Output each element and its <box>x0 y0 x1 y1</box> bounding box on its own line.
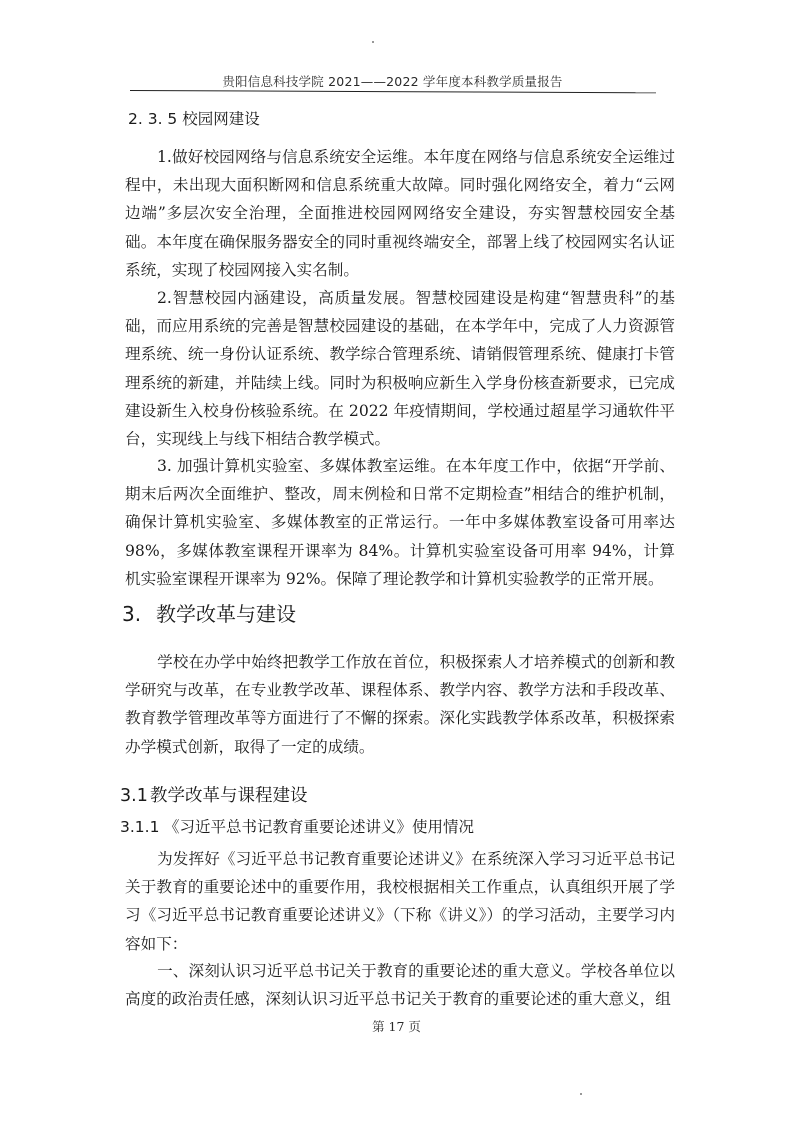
scan-speck <box>580 1093 582 1095</box>
paragraph-network-security: 1.做好校园网络与信息系统安全运维。本年度在网络与信息系统安全运维过程中，未出现… <box>125 143 675 284</box>
paragraph-smart-campus: 2.智慧校园内涵建设，高质量发展。智慧校园建设是构建“智慧贵科”的基础，而应用系… <box>125 284 675 453</box>
section-heading-2-3-5: 2. 3. 5 校园网建设 <box>128 107 260 129</box>
section-heading-3-1-1: 3.1.1《习近平总书记教育重要论述讲义》使用情况 <box>120 815 474 837</box>
section-heading-3: 3.教学改革与建设 <box>122 598 296 627</box>
paragraph-teaching-reform-intro: 学校在办学中始终把教学工作放在首位，积极探索人才培养模式的创新和教学研究与改革，… <box>125 648 675 761</box>
scan-speck <box>372 41 374 43</box>
document-page: 贵阳信息科技学院 2021——2022 学年度本科教学质量报告 2. 3. 5 … <box>0 0 793 1122</box>
page-number: 第 17 页 <box>0 1017 793 1035</box>
paragraph-lecture-notes-usage: 为发挥好《习近平总书记教育重要论述讲义》在系统深入学习习近平总书记关于教育的重要… <box>125 845 675 958</box>
running-header: 贵阳信息科技学院 2021——2022 学年度本科教学质量报告 <box>130 72 655 90</box>
paragraph-significance: 一、深刻认识习近平总书记关于教育的重要论述的重大意义。学校各单位以高度的政治责任… <box>125 957 675 1013</box>
section-heading-3-1: 3.1教学改革与课程建设 <box>120 782 308 807</box>
header-divider <box>130 90 656 93</box>
paragraph-lab-maintenance: 3. 加强计算机实验室、多媒体教室运维。在本年度工作中，依据“开学前、期末后两次… <box>125 452 675 593</box>
